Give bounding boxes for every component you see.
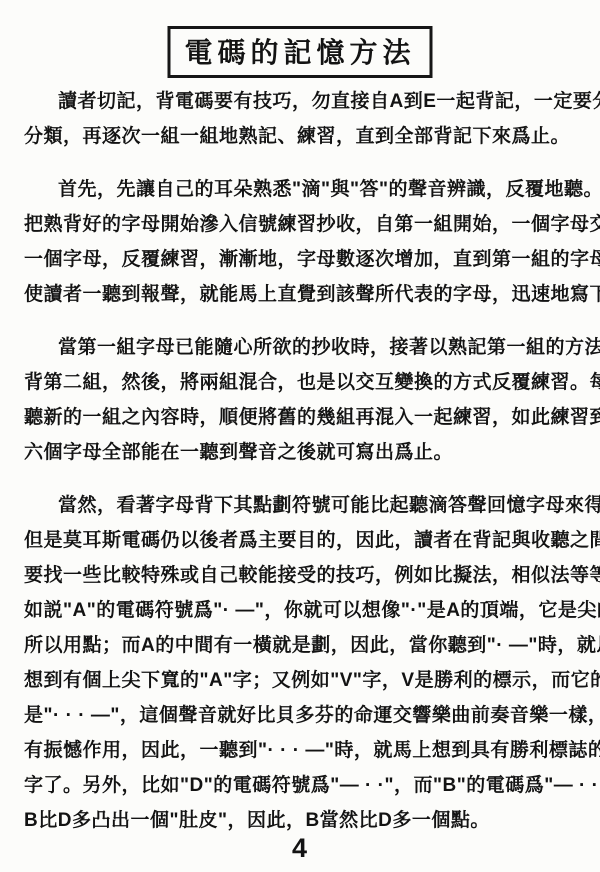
text-line: 首先，先讓自己的耳朵熟悉"滴"與"答"的聲音辨識，反覆地聽。接著， — [24, 172, 580, 207]
text-line: 讀者切記，背電碼要有技巧，勿直接自A到E一起背記，一定要分組、 — [24, 84, 580, 119]
paragraph-1: 讀者切記，背電碼要有技巧，勿直接自A到E一起背記，一定要分組、 分類，再逐次一組… — [24, 84, 580, 154]
text-line: 六個字母全部能在一聽到聲音之後就可寫出爲止。 — [24, 435, 580, 470]
text-line: 當然，看著字母背下其點劃符號可能比起聽滴答聲回憶字母來得容易， — [24, 488, 580, 523]
text-line: 把熟背好的字母開始滲入信號練習抄收，自第一組開始，一個字母交叉另 — [24, 207, 580, 242]
text-line: 一個字母，反覆練習，漸漸地，字母數逐次增加，直到第一組的字母能夠 — [24, 242, 580, 277]
document-page: 電碼的記憶方法 讀者切記，背電碼要有技巧，勿直接自A到E一起背記，一定要分組、 … — [0, 0, 600, 872]
text-line: 分類，再逐次一組一組地熟記、練習，直到全部背記下來爲止。 — [24, 119, 580, 154]
page-number: 4 — [0, 833, 600, 864]
text-line: 想到有個上尖下寬的"A"字；又例如"V"字，V是勝利的標示，而它的電碼 — [24, 663, 580, 698]
text-line: 要找一些比較特殊或自己較能接受的技巧，例如比擬法，相似法等等，比 — [24, 558, 580, 593]
body-text: 讀者切記，背電碼要有技巧，勿直接自A到E一起背記，一定要分組、 分類，再逐次一組… — [24, 84, 580, 856]
text-line: 所以用點；而A的中間有一橫就是劃，因此，當你聽到"· —"時，就馬上 — [24, 628, 580, 663]
title-box: 電碼的記憶方法 — [167, 26, 432, 78]
paragraph-2: 首先，先讓自己的耳朵熟悉"滴"與"答"的聲音辨識，反覆地聽。接著， 把熟背好的字… — [24, 172, 580, 312]
text-line: 當第一組字母已能隨心所欲的抄收時，接著以熟記第一組的方法開始 — [24, 330, 580, 365]
paragraph-3: 當第一組字母已能隨心所欲的抄收時，接著以熟記第一組的方法開始 背第二組，然後，將… — [24, 330, 580, 470]
text-line: 如説"A"的電碼符號爲"· —"，你就可以想像"·"是A的頂端，它是尖的， — [24, 593, 580, 628]
text-line: 字了。另外，比如"D"的電碼符號爲"— · ·"，而"B"的電碼爲"— · · … — [24, 768, 580, 803]
text-line: 有振憾作用，因此，一聽到"· · · —"時，就馬上想到具有勝利標誌的"V" — [24, 733, 580, 768]
text-line: 使讀者一聽到報聲，就能馬上直覺到該聲所代表的字母，迅速地寫下來。 — [24, 277, 580, 312]
text-line: 但是莫耳斯電碼仍以後者爲主要目的，因此，讀者在背記與收聽之間一定 — [24, 523, 580, 558]
text-line: 是"· · · —"，這個聲音就好比貝多芬的命運交響樂曲前奏音樂一樣，具 — [24, 698, 580, 733]
text-line: 背第二組，然後，將兩組混合，也是以交互變換的方式反覆練習。每一次 — [24, 365, 580, 400]
page-title: 電碼的記憶方法 — [184, 37, 415, 68]
text-line: 聽新的一組之內容時，順便將舊的幾組再混入一起練習，如此練習到二十 — [24, 400, 580, 435]
paragraph-4: 當然，看著字母背下其點劃符號可能比起聽滴答聲回憶字母來得容易， 但是莫耳斯電碼仍… — [24, 488, 580, 838]
